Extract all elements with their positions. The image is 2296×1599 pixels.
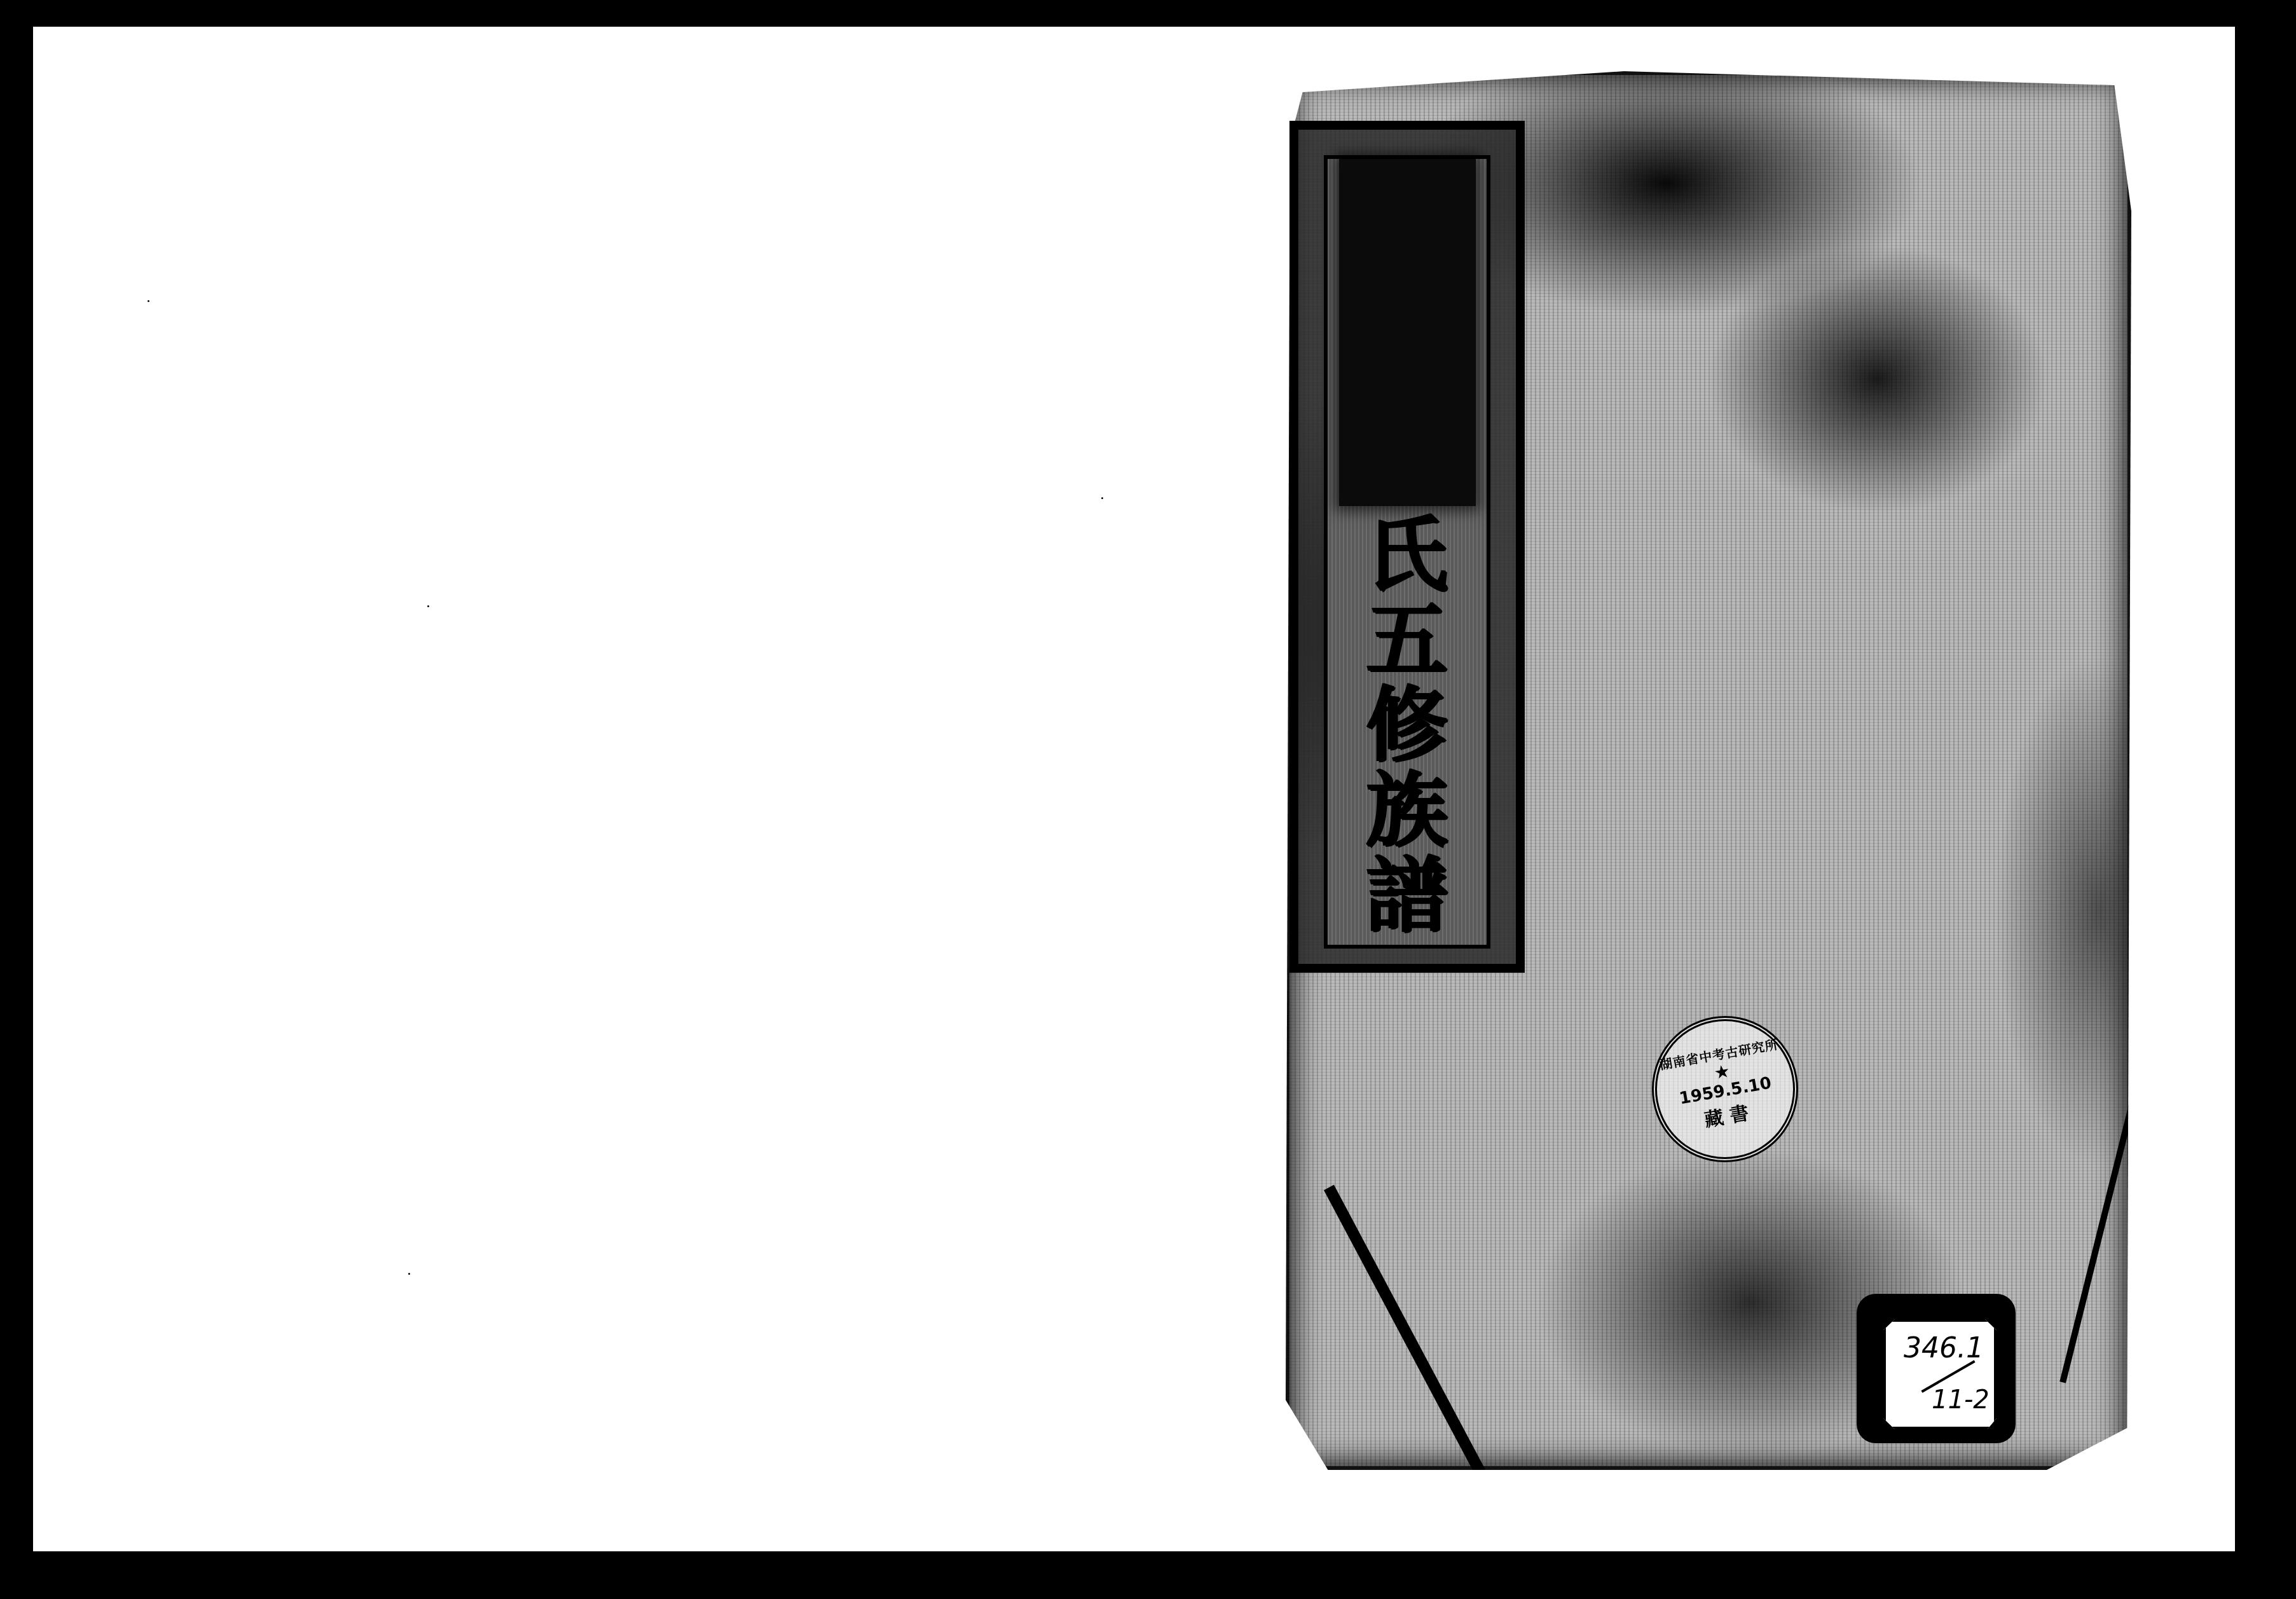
illegible-title-characters	[1339, 159, 1476, 506]
scan-speck	[148, 300, 149, 302]
title-label: 氏 五 修 族 譜	[1289, 121, 1525, 973]
title-char: 修	[1366, 683, 1448, 768]
title-char: 氏	[1366, 512, 1448, 598]
scan-speck	[408, 1273, 410, 1275]
call-number-label-frame: 346.1 11-2	[1857, 1294, 2016, 1443]
call-number-item: 11-2	[1932, 1385, 1990, 1415]
title-text: 氏 五 修 族 譜	[1366, 512, 1448, 938]
cover-crease	[1324, 1185, 1501, 1505]
title-char: 族	[1366, 768, 1448, 853]
call-number-class: 346.1	[1904, 1332, 1984, 1364]
scan-speck	[427, 605, 429, 607]
call-number-label: 346.1 11-2	[1883, 1319, 1997, 1429]
title-char: 五	[1366, 598, 1448, 683]
star-icon: ★	[1712, 1061, 1731, 1083]
title-label-inner: 氏 五 修 族 譜	[1324, 155, 1490, 949]
title-char: 譜	[1366, 853, 1448, 938]
scan-speck	[1101, 497, 1103, 499]
